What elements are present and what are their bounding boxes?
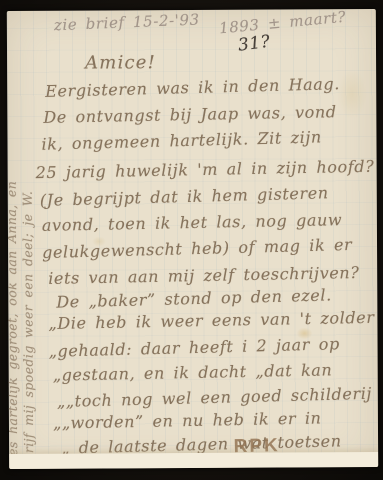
letter-line: avond, toen ik het las, nog gauw: [42, 210, 343, 235]
letter-line: gelukgewenscht heb) of mag ik er: [42, 235, 353, 262]
paper-stain: [337, 69, 367, 119]
letter-line: Eergisteren was ik in den Haag.: [45, 74, 340, 101]
annotation-pencil-yearguess: 1893 ± maart?: [218, 9, 347, 37]
letter-line: 25 jarig huwelijk 'm al in zijn hoofd?: [35, 157, 374, 182]
letter-line: „Die heb ik weer eens van 't zolder: [48, 308, 374, 333]
letter-line: „gestaan, en ik dacht „dat kan: [53, 360, 333, 384]
letter-line: „gehaald: daar heeft i 2 jaar op: [48, 334, 340, 361]
margin-note-line: schrijf mij spoedig weer een deel; je W.: [19, 56, 37, 469]
letter-line: De ontvangst bij Jaap was, vond: [43, 102, 337, 127]
letter-line: De „baker” stond op den ezel.: [56, 285, 332, 311]
letter-line: ik, ongemeen hartelijk. Zit zijn: [41, 127, 322, 153]
annotation-pencil-date: zie brief 15-2-'93: [54, 10, 200, 34]
letter-line: iets van aan mij zelf toeschrijven?: [48, 263, 360, 288]
letter-line: (Je begrijpt dat ik hem gisteren: [40, 183, 329, 210]
letter-paper: zie brief 15-2-'93 1893 ± maart? 31? Ami…: [7, 9, 378, 469]
annotation-ink-number: 31?: [237, 32, 272, 56]
paper-bottom-edge: [9, 452, 378, 469]
letter-line: „„worden” en nu heb ik er in: [53, 408, 322, 432]
letter-line: „„toch nog wel een goed schilderij: [57, 384, 373, 411]
salutation: Amice!: [85, 52, 156, 73]
